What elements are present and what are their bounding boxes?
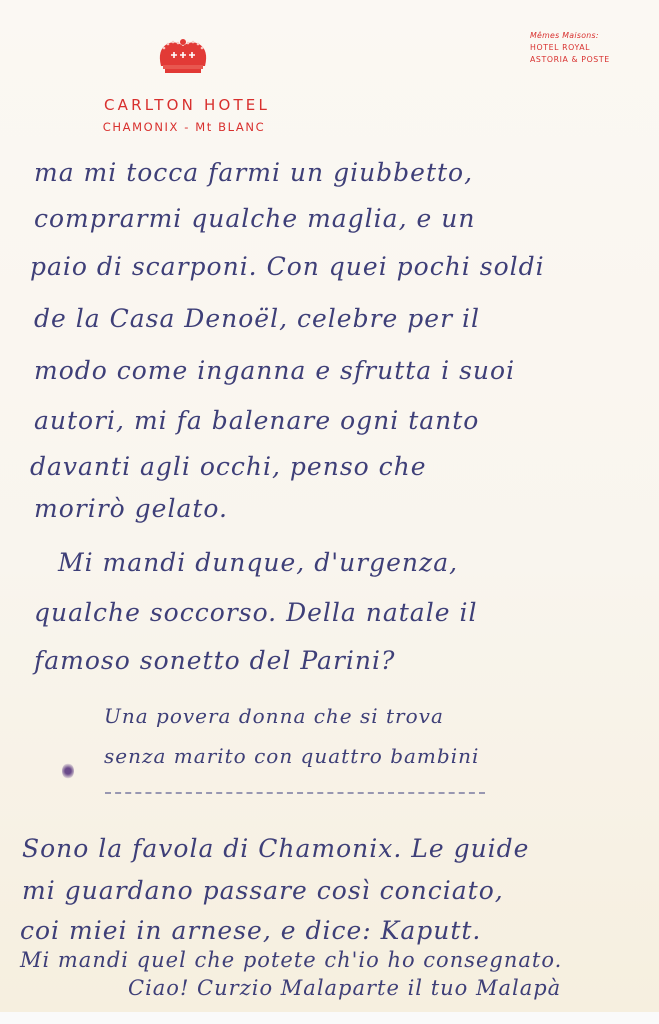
- handwritten-line: modo come inganna e sfrutta i suoi: [34, 356, 515, 385]
- handwritten-line: qualche soccorso. Della natale il: [34, 598, 477, 627]
- sister-hotels: Mêmes Maisons: HOTEL ROYAL ASTORIA & POS…: [530, 30, 630, 66]
- sister-hotels-title: Mêmes Maisons:: [530, 30, 630, 42]
- handwritten-line: de la Casa Denoël, celebre per il: [34, 304, 480, 333]
- handwritten-line: paio di scarponi. Con quei pochi soldi: [30, 252, 545, 281]
- handwritten-line: ma mi tocca farmi un giubbetto,: [34, 158, 473, 187]
- sister-hotel: ASTORIA & POSTE: [530, 54, 630, 66]
- handwritten-line: mi guardano passare così conciato,: [22, 876, 504, 905]
- signature-line: Ciao! Curzio Malaparte il tuo Malapà: [128, 976, 561, 1000]
- handwritten-line: davanti agli occhi, penso che: [30, 452, 427, 481]
- handwritten-line: Mi mandi dunque, d'urgenza,: [58, 548, 458, 577]
- hotel-location: CHAMONIX - Mt BLANC: [84, 120, 284, 134]
- quote-ellipsis: [105, 792, 485, 802]
- page-edge: [0, 1012, 659, 1024]
- handwritten-line: Sono la favola di Chamonix. Le guide: [22, 834, 529, 863]
- handwritten-line: comprarmi qualche maglia, e un: [34, 204, 475, 233]
- handwritten-line: morirò gelato.: [34, 494, 228, 523]
- handwritten-line: autori, mi fa balenare ogni tanto: [34, 406, 479, 435]
- sister-hotel: HOTEL ROYAL: [530, 42, 630, 54]
- crown-icon: [155, 36, 211, 76]
- ink-blot: [62, 763, 74, 779]
- quoted-line: senza marito con quattro bambini: [104, 744, 479, 768]
- quoted-line: Una povera donna che si trova: [104, 704, 444, 728]
- handwritten-line: Mi mandi quel che potete ch'io ho conseg…: [20, 948, 562, 972]
- handwritten-line: famoso sonetto del Parini?: [34, 646, 395, 675]
- hotel-name: CARLTON HOTEL: [62, 96, 312, 114]
- handwritten-line: coi miei in arnese, e dice: Kaputt.: [20, 916, 481, 945]
